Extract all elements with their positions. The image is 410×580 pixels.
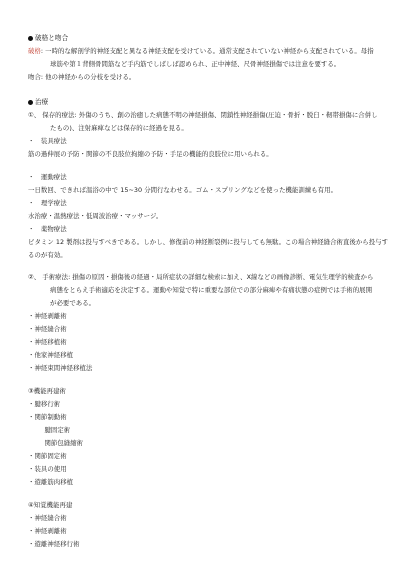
sub-drug-label: ・ 薬物療法 <box>28 225 67 233</box>
hakaku-text-cont: 球筋や第１背側骨間筋など手内筋でしばしば認められ、正中神経、尺骨神経損傷では注意… <box>50 60 340 68</box>
sub-drug-text-2: るのが有効。 <box>28 251 67 259</box>
item3-list-item: ・関節制動術 <box>28 413 67 421</box>
item3-list-item: ・関節固定術 <box>28 452 67 460</box>
document-page: 破格と吻合 破格: 一時的な解剖学的神経支配と異なる神経支配を受けている。通常支… <box>0 0 410 580</box>
item3-list-item: ・遊離筋肉移植 <box>28 478 73 486</box>
item4-list-item: ・神経縫合術 <box>28 514 67 522</box>
item1-line2: たもの)、注射麻痺などは保存的に経過を見る。 <box>50 124 188 132</box>
item4-heading: ④知覚機能再建 <box>28 501 72 509</box>
sub-physical-text: 水治療・温熱療法・低周波治療・マッサージ。 <box>28 212 162 220</box>
item4-list-item: ・遊離神経移行術 <box>28 540 80 548</box>
item2-line1: ②、 手術療法: 損傷の原因・損傷後の経過・局所症状の詳細な検索に加え、X線など… <box>28 273 373 281</box>
hakaku-paragraph: 破格: 一時的な解剖学的神経支配と異なる神経支配を受けている。通常支配されていな… <box>28 47 374 55</box>
sub-physical-label: ・ 理学療法 <box>28 199 67 207</box>
hakaku-text: : 一時的な解剖学的神経支配と異なる神経支配を受けている。通常支配されていない神… <box>41 47 374 55</box>
hakaku-label: 破格 <box>28 47 41 55</box>
sub-exercise-text: 一日数回、できれば温浴の中で 15~30 分間行なわせる。ゴム・スプリングなどを… <box>28 186 337 194</box>
sub-drug-text-1: ビタミン 12 製剤は投与すべきである。しかし、修復前の神経断裂例に投与しても無… <box>28 238 388 246</box>
sub-brace-label: ・ 装具療法 <box>28 137 67 145</box>
surgery-list-item: ・神経束間神経移植法 <box>28 364 92 372</box>
surgery-list-item: ・神経縫合術 <box>28 325 67 333</box>
item3-list-item: 腱固定術 <box>38 426 70 434</box>
sub-brace-text: 筋の過伸展の予防・関節の不良肢位拘縮の予防・手足の機能的良肢位に用いられる。 <box>28 150 273 158</box>
surgery-list-item: ・神経剥離術 <box>28 312 67 320</box>
item2-line3: が必要である。 <box>50 299 95 307</box>
surgery-list-item: ・神経移植術 <box>28 338 67 346</box>
bullet-icon <box>28 100 33 105</box>
item3-list-item: 関節包縫縮術 <box>38 439 83 447</box>
section-heading-treatment: 治療 <box>28 98 48 106</box>
heading-text: 破格と吻合 <box>35 34 68 42</box>
item2-line2: 病態をとらえ手術適応を決定する。運動や知覚で特に重要な部位での部分麻痺や有痛状態… <box>50 286 372 294</box>
item3-list-item: ・腱移行術 <box>28 400 60 408</box>
section-heading-hakaku-fungou: 破格と吻合 <box>28 34 68 42</box>
item4-list-item: ・神経剥離術 <box>28 527 67 535</box>
heading-text: 治療 <box>35 98 48 106</box>
item3-list-item: ・装具の使用 <box>28 465 67 473</box>
sub-exercise-label: ・ 運動療法 <box>28 173 67 181</box>
item3-heading: ③機能再建術 <box>28 387 66 395</box>
surgery-list-item: ・他家神経移植 <box>28 351 73 359</box>
fungou-line: 吻合: 他の神経からの分枝を受ける。 <box>28 73 135 81</box>
item1-line1: ①、 保存的療法: 外傷のうち、創の治癒した病態不明の神経損傷、閉鎖性神経損傷(… <box>28 111 378 119</box>
bullet-icon <box>28 36 33 41</box>
